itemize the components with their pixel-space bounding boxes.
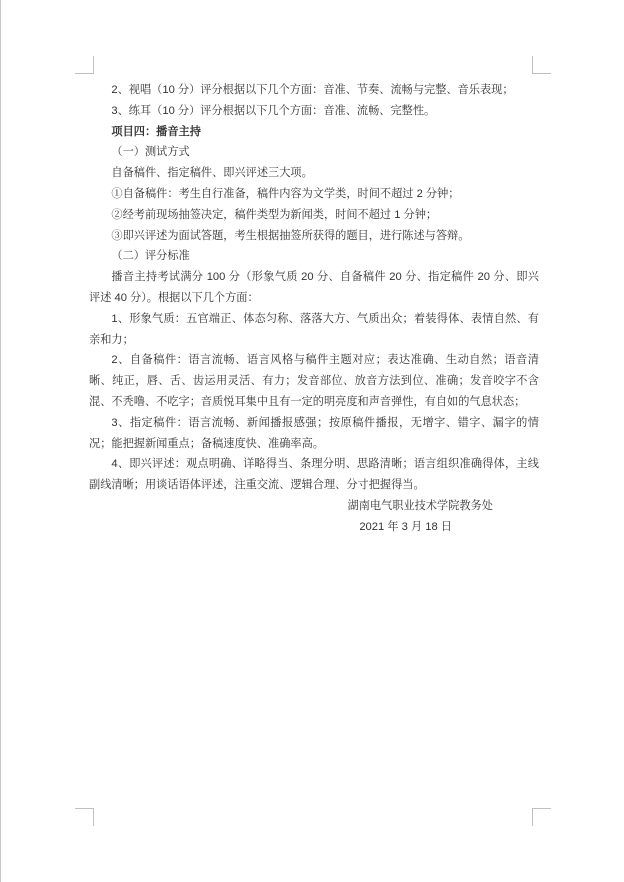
crop-mark-bottom-left (75, 808, 94, 826)
date-line: 2021 年 3 月 18 日 (89, 517, 539, 538)
paragraph: 3、指定稿件：语言流畅、新闻播报感强；按原稿件播报，无增字、错字、漏字的情况；能… (89, 413, 539, 455)
page-left-edge-line (0, 0, 1, 882)
paragraph: ③即兴评述为面试答题，考生根据抽签所获得的题目，进行陈述与答辩。 (89, 226, 539, 247)
paragraph: ①自备稿件：考生自行准备，稿件内容为文学类，时间不超过 2 分钟； (89, 184, 539, 205)
paragraph: 自备稿件、指定稿件、即兴评述三大项。 (89, 163, 539, 184)
crop-mark-top-left (75, 56, 94, 74)
crop-mark-top-right (532, 56, 551, 74)
paragraph: 4、即兴评述：观点明确、详略得当、条理分明、思路清晰；语言组织准确得体，主线副线… (89, 454, 539, 496)
paragraph: （二）评分标准 (89, 246, 539, 267)
paragraph: 2、视唱（10 分）评分根据以下几个方面：音准、节奏、流畅与完整、音乐表现； (89, 80, 539, 101)
paragraph: ②经考前现场抽签决定，稿件类型为新闻类，时间不超过 1 分钟； (89, 205, 539, 226)
crop-mark-bottom-right (532, 808, 551, 826)
paragraph: 2、自备稿件：语言流畅、语言风格与稿件主题对应；表达准确、生动自然；语音清晰、纯… (89, 350, 539, 412)
paragraph: 项目四：播音主持 (89, 122, 539, 143)
paragraph: 1、形象气质：五官端正、体态匀称、落落大方、气质出众；着装得体、表情自然、有亲和… (89, 309, 539, 351)
document-page: 2、视唱（10 分）评分根据以下几个方面：音准、节奏、流畅与完整、音乐表现；3、… (0, 0, 624, 882)
paragraph: 3、练耳（10 分）评分根据以下几个方面：音准、流畅、完整性。 (89, 101, 539, 122)
document-body: 2、视唱（10 分）评分根据以下几个方面：音准、节奏、流畅与完整、音乐表现；3、… (89, 80, 539, 538)
paragraph: 播音主持考试满分 100 分（形象气质 20 分、自备稿件 20 分、指定稿件 … (89, 267, 539, 309)
paragraph-list: 2、视唱（10 分）评分根据以下几个方面：音准、节奏、流畅与完整、音乐表现；3、… (89, 80, 539, 496)
signature-line: 湖南电气职业技术学院教务处 (89, 496, 539, 517)
paragraph: （一）测试方式 (89, 142, 539, 163)
